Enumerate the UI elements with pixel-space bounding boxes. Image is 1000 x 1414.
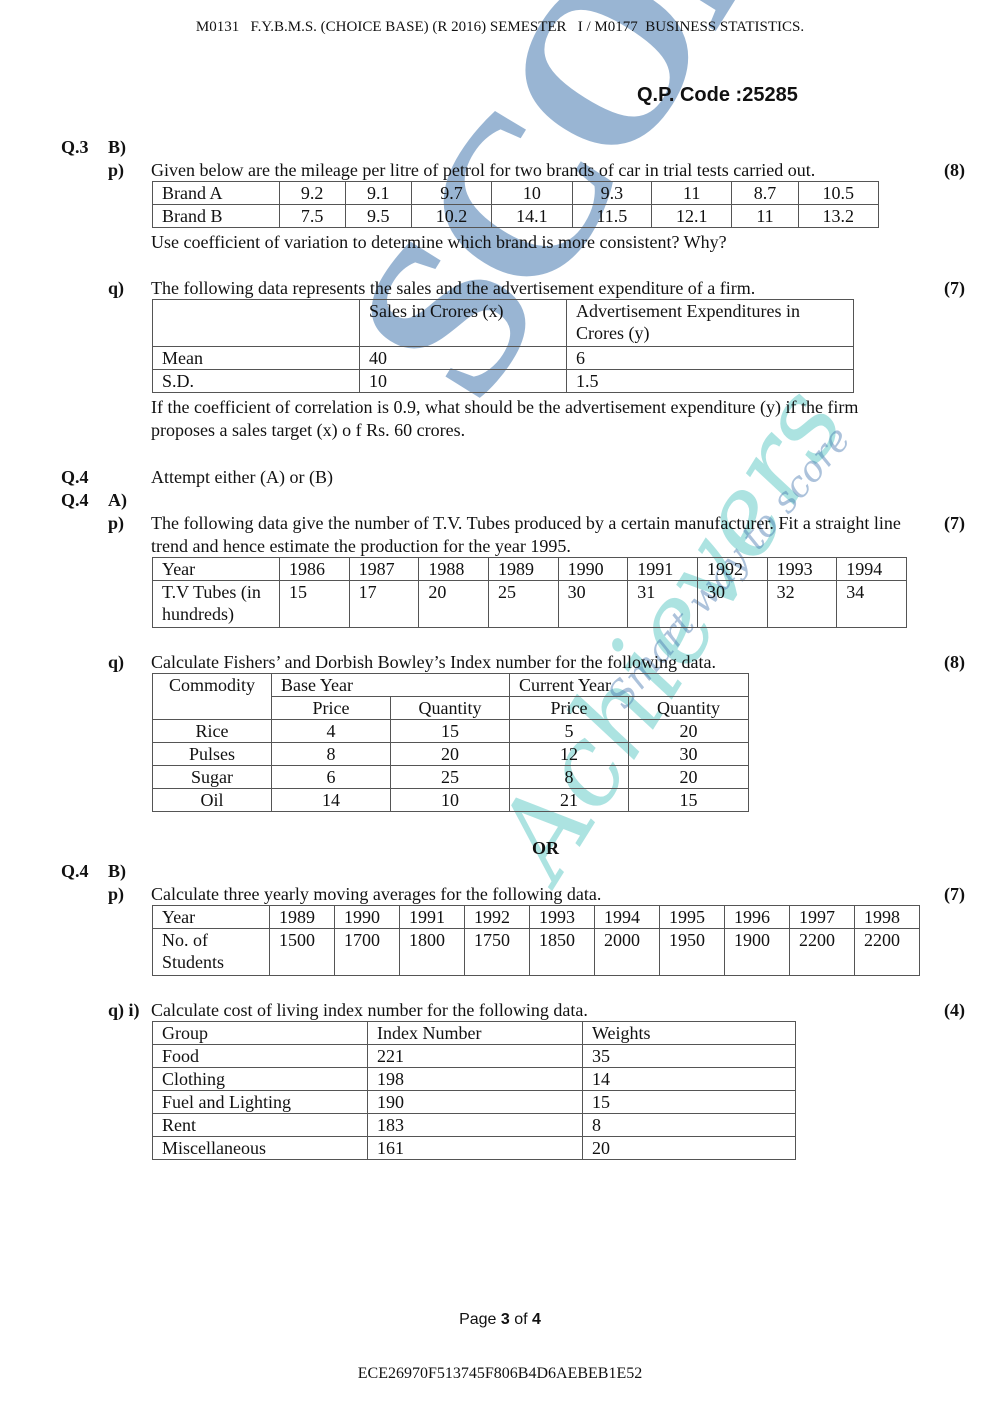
table-cell: 1996 xyxy=(725,906,790,929)
table-cell xyxy=(153,300,360,347)
q4bp-label: p) xyxy=(108,884,124,905)
table-cell: 9.5 xyxy=(345,205,411,228)
q4aq-label: q) xyxy=(108,652,124,673)
table-cell: 10 xyxy=(360,370,567,393)
students-table: Year198919901991199219931994199519961997… xyxy=(152,905,920,976)
table-cell: 40 xyxy=(360,347,567,370)
q4bp-marks: (7) xyxy=(944,884,965,905)
q4-label: Q.4 xyxy=(61,467,89,488)
table-cell: 6 xyxy=(567,347,854,370)
q3p-followup: Use coefficient of variation to determin… xyxy=(151,231,727,254)
q4ap-label: p) xyxy=(108,513,124,534)
table-cell: Group xyxy=(153,1022,368,1045)
table-cell: 12 xyxy=(510,743,629,766)
table-cell: Year xyxy=(153,558,280,581)
table-cell: Clothing xyxy=(153,1068,368,1091)
table-cell: Pulses xyxy=(153,743,272,766)
table-cell: 34 xyxy=(837,581,907,628)
table-cell: 1990 xyxy=(335,906,400,929)
table-cell: 10.2 xyxy=(411,205,491,228)
q4ap-text: The following data give the number of T.… xyxy=(151,512,911,558)
table-cell: 25 xyxy=(488,581,558,628)
table-cell: 161 xyxy=(368,1137,583,1160)
table-cell: 9.3 xyxy=(572,182,651,205)
table-cell: 1995 xyxy=(660,906,725,929)
table-cell: 20 xyxy=(583,1137,796,1160)
table-cell: 1900 xyxy=(725,929,790,976)
table-cell: 9.7 xyxy=(411,182,491,205)
table-cell: 10.5 xyxy=(798,182,878,205)
table-cell: Food xyxy=(153,1045,368,1068)
table-cell: 9.1 xyxy=(345,182,411,205)
table-cell: 30 xyxy=(697,581,767,628)
table-row: No. of Students1500170018001750185020001… xyxy=(153,929,920,976)
q3p-text: Given below are the mileage per litre of… xyxy=(151,159,815,182)
table-row: Rent1838 xyxy=(153,1114,796,1137)
table-cell: 6 xyxy=(272,766,391,789)
sales-adv-table: Sales in Crores (x) Advertisement Expend… xyxy=(152,299,854,393)
table-cell: Index Number xyxy=(368,1022,583,1045)
table-header: Quantity xyxy=(629,697,749,720)
table-cell: 1990 xyxy=(558,558,628,581)
table-cell: 1991 xyxy=(628,558,698,581)
q3-label: Q.3 xyxy=(61,137,89,158)
table-cell: 10 xyxy=(492,182,572,205)
table-cell: 20 xyxy=(629,766,749,789)
table-cell: 1950 xyxy=(660,929,725,976)
table-cell: Sugar xyxy=(153,766,272,789)
table-cell: 20 xyxy=(629,720,749,743)
table-cell: 15 xyxy=(280,581,350,628)
table-cell: 1850 xyxy=(530,929,595,976)
table-cell: 1988 xyxy=(419,558,489,581)
q4bq-text: Calculate cost of living index number fo… xyxy=(151,999,588,1022)
table-cell: S.D. xyxy=(153,370,360,393)
page-number: Page 3 of 4 xyxy=(0,1311,1000,1329)
table-cell: 2200 xyxy=(790,929,855,976)
table-cell: 20 xyxy=(419,581,489,628)
table-row: Year198619871988198919901991199219931994 xyxy=(153,558,907,581)
table-cell: 1997 xyxy=(790,906,855,929)
table-row: Brand B7.59.510.214.111.512.11113.2 xyxy=(153,205,879,228)
q3p-marks: (8) xyxy=(944,160,965,181)
table-row: Food22135 xyxy=(153,1045,796,1068)
page-current: 3 xyxy=(501,1311,510,1328)
table-cell: Weights xyxy=(583,1022,796,1045)
table-cell: Rent xyxy=(153,1114,368,1137)
table-cell: 15 xyxy=(629,789,749,812)
table-cell: 1800 xyxy=(400,929,465,976)
table-cell: 13.2 xyxy=(798,205,878,228)
page-prefix: Page xyxy=(459,1311,501,1328)
table-cell: 1992 xyxy=(697,558,767,581)
table-cell: Mean xyxy=(153,347,360,370)
table-cell: 1986 xyxy=(280,558,350,581)
table-cell: 198 xyxy=(368,1068,583,1091)
table-cell: 1994 xyxy=(595,906,660,929)
q4b-section: B) xyxy=(108,861,126,882)
table-row: Pulses8201230 xyxy=(153,743,749,766)
mileage-table: Brand A9.29.19.7109.3118.710.5Brand B7.5… xyxy=(152,181,879,228)
table-cell: 25 xyxy=(391,766,510,789)
table-row: Miscellaneous16120 xyxy=(153,1137,796,1160)
table-cell: T.V Tubes (in hundreds) xyxy=(153,581,280,628)
q4bq-marks: (4) xyxy=(944,1000,965,1021)
table-cell: 9.2 xyxy=(279,182,345,205)
table-header: Price xyxy=(272,697,391,720)
table-cell: 10 xyxy=(391,789,510,812)
table-cell: 21 xyxy=(510,789,629,812)
table-row: Rice415520 xyxy=(153,720,749,743)
table-row: Sales in Crores (x) Advertisement Expend… xyxy=(153,300,854,347)
table-cell: 30 xyxy=(629,743,749,766)
table-cell: 1998 xyxy=(855,906,920,929)
q4bp-text: Calculate three yearly moving averages f… xyxy=(151,883,601,906)
table-cell: 2000 xyxy=(595,929,660,976)
table-cell: 14 xyxy=(272,789,391,812)
table-cell: 1992 xyxy=(465,906,530,929)
table-cell: 11 xyxy=(732,205,798,228)
table-cell: 14.1 xyxy=(492,205,572,228)
document-code: ECE26970F513745F806B4D6AEBEB1E52 xyxy=(0,1365,1000,1383)
tv-tubes-table: Year198619871988198919901991199219931994… xyxy=(152,557,907,628)
table-cell: Brand B xyxy=(153,205,280,228)
cost-of-living-table: GroupIndex NumberWeightsFood22135Clothin… xyxy=(152,1021,796,1160)
q4bq-label: q) i) xyxy=(108,1000,140,1021)
table-header: Quantity xyxy=(391,697,510,720)
table-cell: 8 xyxy=(272,743,391,766)
q3p-label: p) xyxy=(108,160,124,181)
table-row: Sugar625820 xyxy=(153,766,749,789)
table-header: Price xyxy=(510,697,629,720)
table-cell: 11 xyxy=(652,182,732,205)
table-cell: 35 xyxy=(583,1045,796,1068)
table-cell: Oil xyxy=(153,789,272,812)
table-cell: 7.5 xyxy=(279,205,345,228)
q3-section: B) xyxy=(108,137,126,158)
table-cell: 30 xyxy=(558,581,628,628)
table-cell: 31 xyxy=(628,581,698,628)
table-cell: Fuel and Lighting xyxy=(153,1091,368,1114)
table-cell: 190 xyxy=(368,1091,583,1114)
table-cell: Brand A xyxy=(153,182,280,205)
q3q-label: q) xyxy=(108,278,124,299)
table-cell: No. of Students xyxy=(153,929,270,976)
table-header: Sales in Crores (x) xyxy=(360,300,567,347)
table-cell: 1989 xyxy=(270,906,335,929)
table-cell: 8.7 xyxy=(732,182,798,205)
q4aq-marks: (8) xyxy=(944,652,965,673)
table-cell: 1993 xyxy=(767,558,837,581)
table-row: S.D. 10 1.5 xyxy=(153,370,854,393)
page-total: 4 xyxy=(532,1311,541,1328)
q4b-label: Q.4 xyxy=(61,861,89,882)
page-of: of xyxy=(510,1311,532,1328)
table-row: Mean 40 6 xyxy=(153,347,854,370)
table-cell: 20 xyxy=(391,743,510,766)
table-cell: 2200 xyxy=(855,929,920,976)
q3q-text: The following data represents the sales … xyxy=(151,277,755,300)
table-row: Commodity Base Year Current Year xyxy=(153,674,749,697)
course-header: M0131 F.Y.B.M.S. (CHOICE BASE) (R 2016) … xyxy=(0,19,1000,36)
table-row: Oil14102115 xyxy=(153,789,749,812)
table-header: Advertisement Expenditures in Crores (y) xyxy=(567,300,854,347)
q4a-section: A) xyxy=(108,490,127,511)
table-cell: 1750 xyxy=(465,929,530,976)
table-cell: 11.5 xyxy=(572,205,651,228)
table-cell: 1.5 xyxy=(567,370,854,393)
q4ap-marks: (7) xyxy=(944,513,965,534)
table-header: Base Year xyxy=(272,674,510,697)
q4-instruction: Attempt either (A) or (B) xyxy=(151,466,333,489)
table-cell: 32 xyxy=(767,581,837,628)
table-row: Fuel and Lighting19015 xyxy=(153,1091,796,1114)
table-header: Current Year xyxy=(510,674,749,697)
table-cell: 17 xyxy=(349,581,419,628)
table-cell: 14 xyxy=(583,1068,796,1091)
table-header: Commodity xyxy=(153,674,272,720)
table-row: T.V Tubes (in hundreds)15172025303130323… xyxy=(153,581,907,628)
table-cell: 8 xyxy=(510,766,629,789)
table-cell: Year xyxy=(153,906,270,929)
table-cell: 1987 xyxy=(349,558,419,581)
table-cell: 4 xyxy=(272,720,391,743)
table-cell: 1989 xyxy=(488,558,558,581)
table-cell: Rice xyxy=(153,720,272,743)
table-cell: 1700 xyxy=(335,929,400,976)
table-row: GroupIndex NumberWeights xyxy=(153,1022,796,1045)
q4aq-text: Calculate Fishers’ and Dorbish Bowley’s … xyxy=(151,651,716,674)
watermark-achievers: Achievers xyxy=(470,365,869,898)
table-cell: 12.1 xyxy=(652,205,732,228)
table-row: Year198919901991199219931994199519961997… xyxy=(153,906,920,929)
table-cell: 8 xyxy=(583,1114,796,1137)
table-cell: 1993 xyxy=(530,906,595,929)
table-cell: 183 xyxy=(368,1114,583,1137)
table-cell: 15 xyxy=(391,720,510,743)
table-row: Clothing19814 xyxy=(153,1068,796,1091)
table-cell: Miscellaneous xyxy=(153,1137,368,1160)
table-cell: 1994 xyxy=(837,558,907,581)
q3q-marks: (7) xyxy=(944,278,965,299)
table-cell: 15 xyxy=(583,1091,796,1114)
q4a-label: Q.4 xyxy=(61,490,89,511)
index-number-table: Commodity Base Year Current Year Price Q… xyxy=(152,673,749,812)
table-cell: 1500 xyxy=(270,929,335,976)
table-row: Brand A9.29.19.7109.3118.710.5 xyxy=(153,182,879,205)
or-label: OR xyxy=(532,838,559,859)
table-cell: 1991 xyxy=(400,906,465,929)
qp-code: Q.P. Code :25285 xyxy=(637,84,798,107)
table-cell: 221 xyxy=(368,1045,583,1068)
q3q-followup: If the coefficient of correlation is 0.9… xyxy=(151,396,921,442)
table-cell: 5 xyxy=(510,720,629,743)
